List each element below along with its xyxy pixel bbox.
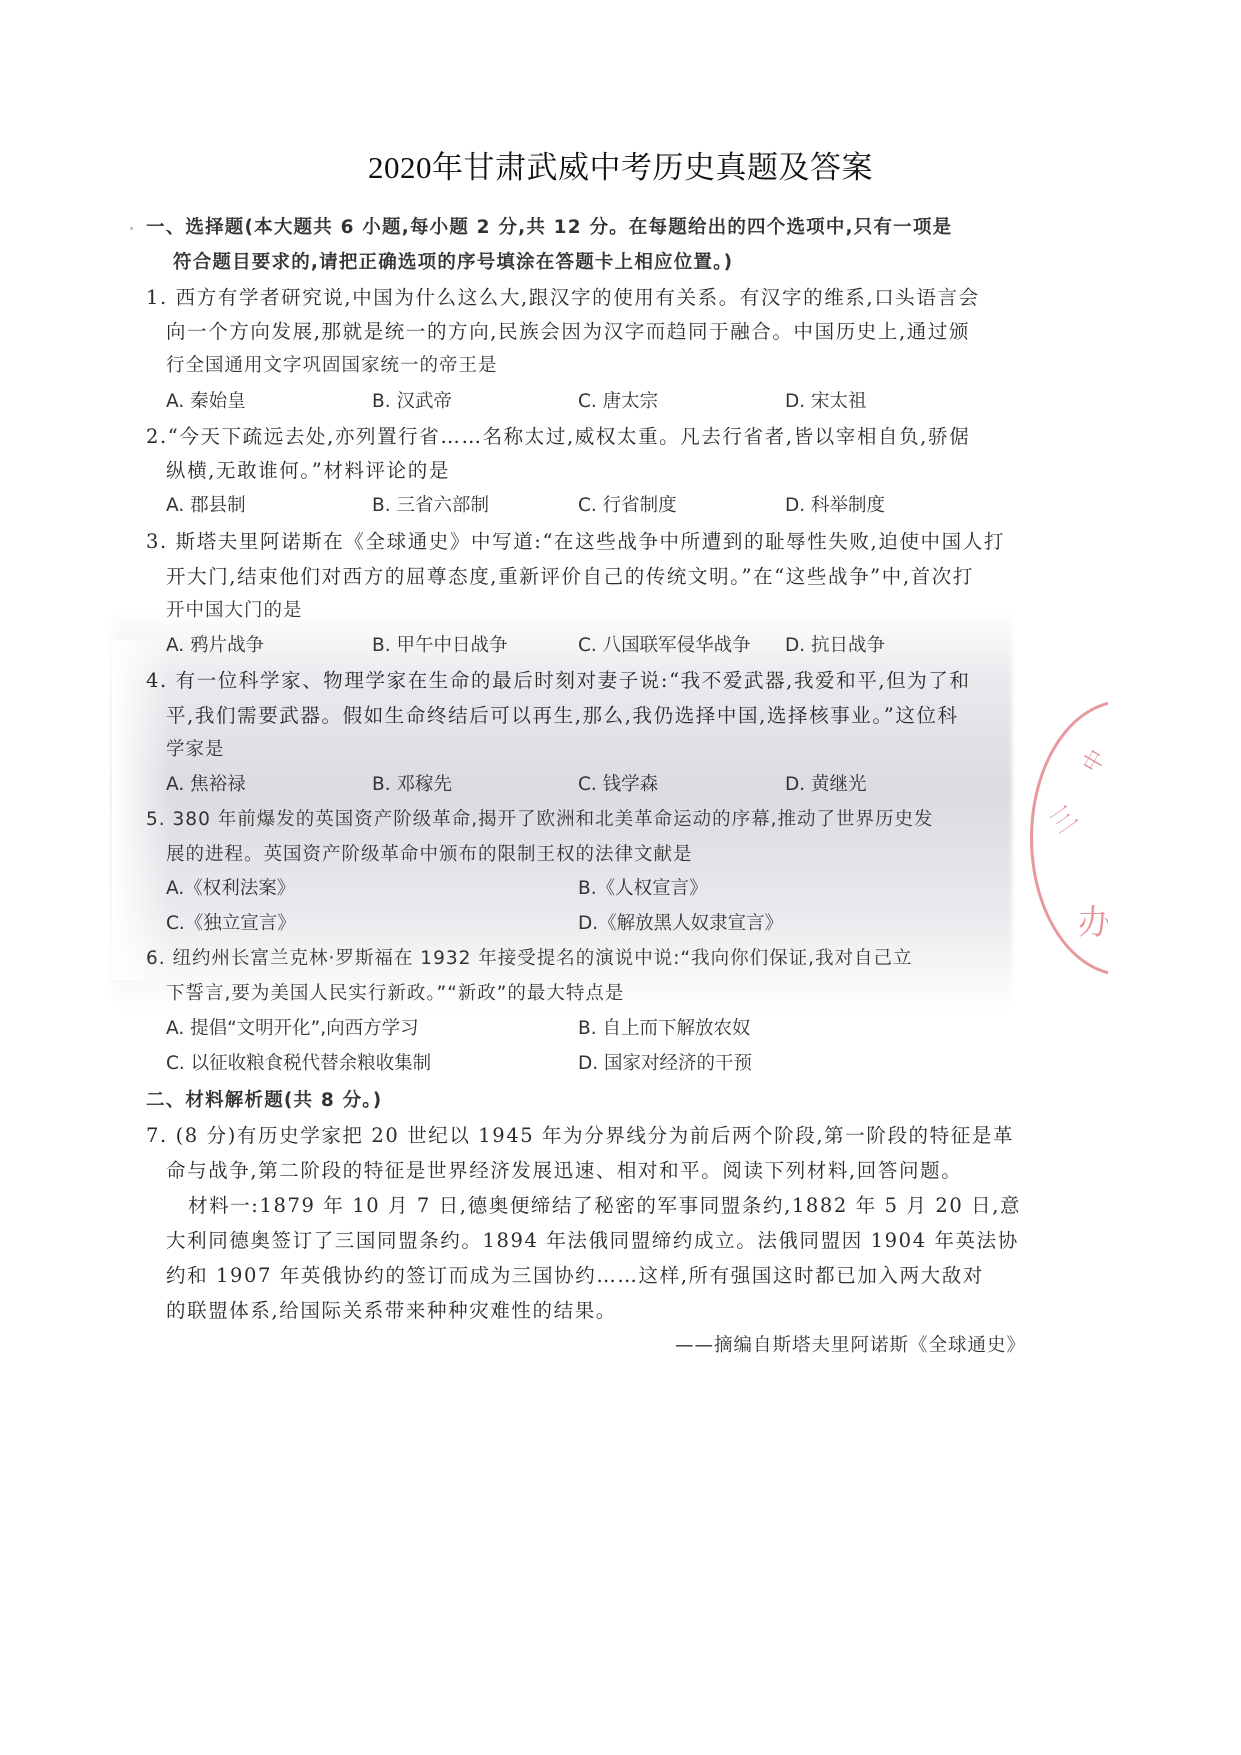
material1-line3: 约和 1907 年英俄协约的签订而成为三国协约……这样,所有强国这时都已加入两大… [166,1264,984,1288]
q2-option-d: D. 科举制度 [785,494,885,518]
material1-line4: 的联盟体系,给国际关系带来种种灾难性的结果。 [166,1299,617,1323]
q7-line2: 命与战争,第二阶段的特征是世界经济发展迅速、相对和平。阅读下列材料,回答问题。 [166,1159,962,1183]
document-title: 2020年甘肃武威中考历史真题及答案 [0,142,1241,187]
q5-option-a: A.《权利法案》 [166,877,295,901]
material1-line1: 材料一:1879 年 10 月 7 日,德奥便缔结了秘密的军事同盟条约,1882… [188,1194,1021,1218]
q2-line1: 2.“今天下疏远去处,亦列置行省……名称太过,威权太重。凡去行省者,皆以宰相自负… [146,425,970,449]
q7-line1: 7. (8 分)有历史学家把 20 世纪以 1945 年为分界线分为前后两个阶段… [146,1124,1014,1148]
q4-option-c: C. 钱学森 [578,773,658,797]
q3-line2: 开大门,结束他们对西方的屈尊态度,重新评价自己的传统文明。”在“这些战争”中,首… [166,565,974,589]
q2-option-a: A. 郡县制 [166,494,246,518]
q5-line2: 展的进程。英国资产阶级革命中颁布的限制王权的法律文献是 [166,843,693,867]
q4-option-a: A. 焦裕禄 [166,773,246,797]
q1-option-c: C. 唐太宗 [578,390,658,414]
q1-line3: 行全国通用文字巩固国家统一的帝王是 [166,354,498,378]
section1-header-line1: 一、选择题(本大题共 6 小题,每小题 2 分,共 12 分。在每题给出的四个选… [146,216,952,240]
q6-line1: 6. 纽约州长富兰克林·罗斯福在 1932 年接受提名的演说中说:“我向你们保证… [146,947,912,971]
q6-option-b: B. 自上而下解放农奴 [578,1017,750,1041]
q6-option-a: A. 提倡“文明开化”,向西方学习 [166,1017,419,1041]
q1-option-a: A. 秦始皇 [166,390,246,414]
q6-option-d: D. 国家对经济的干预 [578,1052,752,1076]
q3-line3: 开中国大门的是 [166,599,303,623]
q2-option-b: B. 三省六部制 [372,494,489,518]
right-margin [1108,0,1241,1755]
q4-line3: 学家是 [166,738,225,762]
q6-line2: 下誓言,要为美国人民实行新政。”“新政”的最大特点是 [166,982,624,1006]
q5-option-b: B.《人权宣言》 [578,877,708,901]
section1-header-line2: 符合题目要求的,请把正确选项的序号填涂在答题卡上相应位置。) [173,251,733,275]
q5-line1: 5. 380 年前爆发的英国资产阶级革命,揭开了欧洲和北美革命运动的序幕,推动了… [146,808,934,832]
q2-line2: 纵横,无敢谁何。”材料评论的是 [166,459,450,483]
material1-source: ——摘编自斯塔夫里阿诺斯《全球通史》 [675,1334,1026,1358]
q4-line1: 4. 有一位科学家、物理学家在生命的最后时刻对妻子说:“我不爱武器,我爱和平,但… [146,669,971,693]
q3-line1: 3. 斯塔夫里阿诺斯在《全球通史》中写道:“在这些战争中所遭到的耻辱性失败,迫使… [146,530,1005,554]
scan-speck [130,227,133,230]
q3-option-a: A. 鸦片战争 [166,634,264,658]
q5-option-d: D.《解放黑人奴隶宣言》 [578,912,783,936]
material1-line2: 大利同德奥签订了三国同盟条约。1894 年法俄同盟缔约成立。法俄同盟因 1904… [166,1229,1019,1253]
q1-option-d: D. 宋太祖 [785,390,867,414]
q5-option-c: C.《独立宣言》 [166,912,296,936]
q6-option-c: C. 以征收粮食税代替余粮收集制 [166,1052,431,1076]
q4-option-b: B. 邓稼先 [372,773,452,797]
q4-line2: 平,我们需要武器。假如生命终结后可以再生,那么,我仍选择中国,选择核事业。”这位… [166,704,959,728]
scanned-page: 2020年甘肃武威中考历史真题及答案 一、选择题(本大题共 6 小题,每小题 2… [0,0,1108,1755]
q1-line2: 向一个方向发展,那就是统一的方向,民族会因为汉字而趋同于融合。中国历史上,通过颁 [166,320,970,344]
section2-header: 二、材料解析题(共 8 分。) [146,1089,382,1113]
q1-option-b: B. 汉武帝 [372,390,452,414]
q3-option-d: D. 抗日战争 [785,634,885,658]
q3-option-c: C. 八国联军侵华战争 [578,634,751,658]
q3-option-b: B. 甲午中日战争 [372,634,507,658]
q1-line1: 1. 西方有学者研究说,中国为什么这么大,跟汉字的使用有关系。有汉字的维系,口头… [146,286,980,310]
q4-option-d: D. 黄继光 [785,773,867,797]
stamp-char-3: 办 [1078,895,1112,944]
q2-option-c: C. 行省制度 [578,494,677,518]
